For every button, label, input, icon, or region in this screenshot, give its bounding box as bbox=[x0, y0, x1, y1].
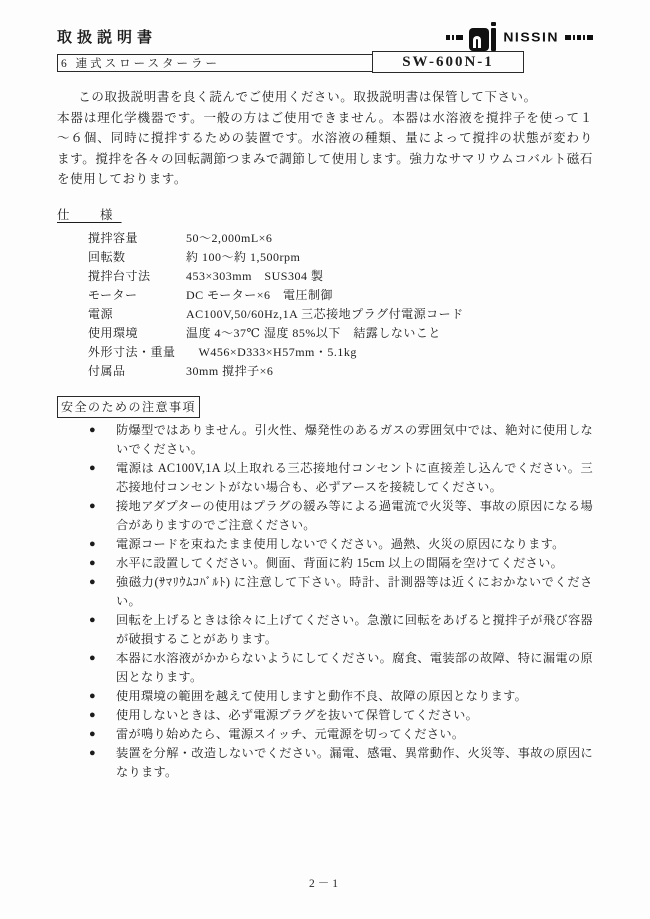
spec-row: 撹拌台寸法453×303mm SUS304 製 bbox=[88, 267, 593, 286]
safety-text: 水平に設置してください。側面、背面に約 15cm 以上の間隔を空けてください。 bbox=[116, 554, 593, 573]
spec-value: 温度 4～37℃ 湿度 85%以下 結露しないこと bbox=[186, 324, 441, 343]
product-title-bar: 6 連式スロースターラー SW-600N-1 bbox=[57, 54, 524, 72]
brand-wordmark: NISSIN bbox=[503, 29, 559, 44]
doc-title: 取扱説明書 bbox=[57, 18, 157, 47]
logo-dashes-right-icon bbox=[565, 35, 593, 40]
intro-section: この取扱説明書を良く読んでご使用ください。取扱説明書は保管して下さい。 本器は理… bbox=[57, 87, 593, 190]
safety-text: 使用しないときは、必ず電源プラグを抜いて保管してください。 bbox=[116, 706, 593, 725]
specs-heading: 仕 様 bbox=[57, 205, 122, 223]
spec-label: 外形寸法・重量 bbox=[88, 343, 186, 362]
safety-item: ●強磁力(ｻﾏﾘｳﾑｺﾊﾞﾙﾄ) に注意して下さい。時計、計測器等は近くにおかな… bbox=[57, 573, 593, 611]
spec-value: 30mm 撹拌子×6 bbox=[186, 362, 273, 381]
spec-value: DC モーター×6 電圧制御 bbox=[186, 286, 333, 305]
bullet-icon: ● bbox=[89, 535, 116, 554]
spec-label: 撹拌台寸法 bbox=[88, 267, 186, 286]
bullet-icon: ● bbox=[89, 573, 116, 611]
safety-text: 電源コードを束ねたまま使用しないでください。過熱、火災の原因になります。 bbox=[116, 535, 593, 554]
safety-section: 安全のための注意事項 ●防爆型ではありません。引火性、爆発性のあるガスの雰囲気中… bbox=[57, 381, 593, 782]
safety-item: ●本器に水溶液がかからないようにしてください。腐食、電装部の故障、特に漏電の原因… bbox=[57, 649, 593, 687]
model-number-box: SW-600N-1 bbox=[372, 51, 524, 73]
spec-label: 付属品 bbox=[88, 362, 186, 381]
intro-paragraph-2: 本器は理化学機器です。一般の方はご使用できません。本器は水溶液を撹拌子を使って１… bbox=[57, 108, 593, 190]
intro-paragraph-1: この取扱説明書を良く読んでご使用ください。取扱説明書は保管して下さい。 bbox=[57, 87, 593, 108]
bullet-icon: ● bbox=[89, 554, 116, 573]
page-header: 取扱説明書 NISSIN bbox=[57, 18, 593, 54]
safety-item: ●使用しないときは、必ず電源プラグを抜いて保管してください。 bbox=[57, 706, 593, 725]
spec-row: モーターDC モーター×6 電圧制御 bbox=[88, 286, 593, 305]
product-name: 6 連式スロースターラー bbox=[58, 55, 220, 71]
safety-text: 回転を上げるときは徐々に上げてください。急激に回転をあげると撹拌子が飛び容器が破… bbox=[116, 611, 593, 649]
spec-label: 電源 bbox=[88, 305, 186, 324]
specs-section: 仕 様 撹拌容量50～2,000mL×6 回転数約 100～約 1,500rpm… bbox=[57, 190, 593, 381]
bullet-icon: ● bbox=[89, 497, 116, 535]
spec-value: 約 100～約 1,500rpm bbox=[186, 248, 300, 267]
safety-list: ●防爆型ではありません。引火性、爆発性のあるガスの雰囲気中では、絶対に使用しない… bbox=[57, 421, 593, 782]
safety-text: 防爆型ではありません。引火性、爆発性のあるガスの雰囲気中では、絶対に使用しないで… bbox=[116, 421, 593, 459]
safety-item: ●電源コードを束ねたまま使用しないでください。過熱、火災の原因になります。 bbox=[57, 535, 593, 554]
safety-item: ●使用環境の範囲を越えて使用しますと動作不良、故障の原因となります。 bbox=[57, 687, 593, 706]
spec-value: W456×D333×H57mm・5.1kg bbox=[186, 343, 357, 362]
spec-label: モーター bbox=[88, 286, 186, 305]
spec-row: 使用環境温度 4～37℃ 湿度 85%以下 結露しないこと bbox=[88, 324, 593, 343]
monogram-i-bar bbox=[491, 28, 496, 51]
safety-item: ●回転を上げるときは徐々に上げてください。急激に回転をあげると撹拌子が飛び容器が… bbox=[57, 611, 593, 649]
spec-value: 453×303mm SUS304 製 bbox=[186, 267, 323, 286]
safety-item: ●防爆型ではありません。引火性、爆発性のあるガスの雰囲気中では、絶対に使用しない… bbox=[57, 421, 593, 459]
spec-row: 外形寸法・重量 W456×D333×H57mm・5.1kg bbox=[88, 343, 593, 362]
safety-text: 本器に水溶液がかからないようにしてください。腐食、電装部の故障、特に漏電の原因と… bbox=[116, 649, 593, 687]
safety-item: ●雷が鳴り始めたら、電源スイッチ、元電源を切ってください。 bbox=[57, 725, 593, 744]
ni-monogram-icon bbox=[469, 22, 497, 52]
bullet-icon: ● bbox=[89, 744, 116, 782]
safety-text: 装置を分解・改造しないでください。漏電、感電、異常動作、火災等、事故の原因になり… bbox=[116, 744, 593, 782]
spec-value: AC100V,50/60Hz,1A 三芯接地プラグ付電源コード bbox=[186, 305, 464, 324]
spec-row: 回転数約 100～約 1,500rpm bbox=[88, 248, 593, 267]
page-number: 2－1 bbox=[0, 875, 650, 891]
safety-item: ●装置を分解・改造しないでください。漏電、感電、異常動作、火災等、事故の原因にな… bbox=[57, 744, 593, 782]
spec-label: 回転数 bbox=[88, 248, 186, 267]
safety-heading: 安全のための注意事項 bbox=[57, 396, 200, 418]
safety-item: ●接地アダプターの使用はプラグの緩み等による過電流で火災等、事故の原因になる場合… bbox=[57, 497, 593, 535]
spec-row: 撹拌容量50～2,000mL×6 bbox=[88, 229, 593, 248]
nissin-logo: NISSIN bbox=[446, 22, 593, 52]
bullet-icon: ● bbox=[89, 687, 116, 706]
manual-page: 取扱説明書 NISSIN 6 連式スロースターラー SW-600N-1 この取扱… bbox=[0, 0, 650, 919]
specs-table: 撹拌容量50～2,000mL×6 回転数約 100～約 1,500rpm 撹拌台… bbox=[88, 229, 593, 381]
spec-label: 使用環境 bbox=[88, 324, 186, 343]
safety-text: 電源は AC100V,1A 以上取れる三芯接地付コンセントに直接差し込んでくださ… bbox=[116, 459, 593, 497]
safety-text: 接地アダプターの使用はプラグの緩み等による過電流で火災等、事故の原因になる場合が… bbox=[116, 497, 593, 535]
bullet-icon: ● bbox=[89, 725, 116, 744]
safety-item: ●水平に設置してください。側面、背面に約 15cm 以上の間隔を空けてください。 bbox=[57, 554, 593, 573]
bullet-icon: ● bbox=[89, 459, 116, 497]
logo-dashes-left-icon bbox=[446, 35, 463, 40]
spec-row: 付属品30mm 撹拌子×6 bbox=[88, 362, 593, 381]
safety-item: ●電源は AC100V,1A 以上取れる三芯接地付コンセントに直接差し込んでくだ… bbox=[57, 459, 593, 497]
bullet-icon: ● bbox=[89, 649, 116, 687]
safety-text: 使用環境の範囲を越えて使用しますと動作不良、故障の原因となります。 bbox=[116, 687, 593, 706]
safety-text: 雷が鳴り始めたら、電源スイッチ、元電源を切ってください。 bbox=[116, 725, 593, 744]
spec-row: 電源AC100V,50/60Hz,1A 三芯接地プラグ付電源コード bbox=[88, 305, 593, 324]
spec-value: 50～2,000mL×6 bbox=[186, 229, 272, 248]
spec-label: 撹拌容量 bbox=[88, 229, 186, 248]
monogram-i-dot bbox=[491, 22, 496, 26]
monogram-n-cutout bbox=[473, 36, 481, 48]
safety-text: 強磁力(ｻﾏﾘｳﾑｺﾊﾞﾙﾄ) に注意して下さい。時計、計測器等は近くにおかない… bbox=[116, 573, 593, 611]
bullet-icon: ● bbox=[89, 706, 116, 725]
bullet-icon: ● bbox=[89, 421, 116, 459]
bullet-icon: ● bbox=[89, 611, 116, 649]
